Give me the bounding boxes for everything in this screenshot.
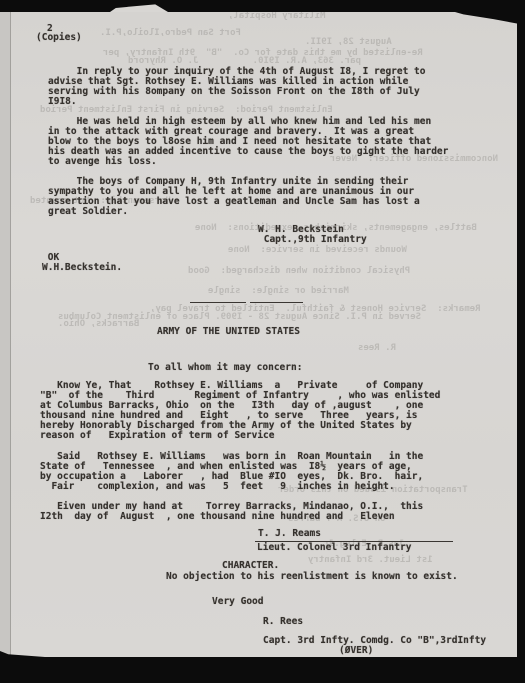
character-text: No objection to his reenlistment is know… (166, 572, 458, 582)
given-paragraph: Eiven under my hand at Torrey Barracks, … (40, 502, 423, 522)
character-heading: CHARACTER. (222, 561, 279, 571)
ok-approval-block: OK W.H.Beckstein. (42, 253, 122, 273)
scan-edge-top (0, 0, 525, 12)
very-good-label: Very Good (212, 597, 263, 607)
army-heading: ARMY OF THE UNITED STATES (157, 327, 300, 337)
ghost-line: Married or single: single (208, 287, 349, 296)
rees-signature: R. Rees (263, 617, 303, 627)
letter-body: In reply to your inquiry of the 4th of A… (48, 67, 448, 217)
ghost-line: Wounds received in service: None (228, 246, 407, 255)
said-paragraph: Said Rothsey E. Williams was born in Roa… (40, 452, 423, 492)
ghost-line: Barracks, Ohio. (58, 320, 139, 329)
ghost-line: Physical condition when discharged: Good (188, 267, 410, 276)
know-ye-paragraph: Know Ye, That Rothsey E. Williams a Priv… (40, 381, 440, 441)
left-paper-edge (0, 12, 10, 657)
letter-signature: W. H. Beckstein Capt.,9th Infantry (258, 225, 367, 245)
scan-edge-right (517, 0, 525, 683)
ghost-line: Fort San Pedro,Iloilo,P.I. (100, 29, 241, 38)
scanned-document-page: Military Hospital, Fort San Pedro,Iloilo… (0, 0, 525, 683)
section-divider-right (250, 302, 303, 303)
scan-edge-bottom (0, 657, 525, 683)
ghost-line: par. 363, A.R. I9I0. J. O. Rhyrord (128, 57, 361, 66)
copies-label: (Copies) (36, 33, 82, 43)
ghost-line: R. Rees (358, 344, 396, 353)
reams-title: Lieut. Colonel 3rd Infantry (257, 543, 411, 553)
over-label: (ØVER) (339, 646, 373, 656)
ghost-line: 1st Lieut. 3rd Infantry (308, 556, 433, 565)
salutation: To all whom it may concern: (148, 363, 302, 373)
section-divider-left (190, 302, 246, 303)
ghost-line: Military Hospital, (228, 12, 326, 21)
rees-title: Capt. 3rd Infty. Comdg. Co "B",3rdInfty (263, 636, 486, 646)
paper-crease-line (10, 12, 11, 657)
reams-signature: T. J. Reams (258, 529, 321, 539)
ghost-line: August 28, I9II. (305, 38, 392, 47)
